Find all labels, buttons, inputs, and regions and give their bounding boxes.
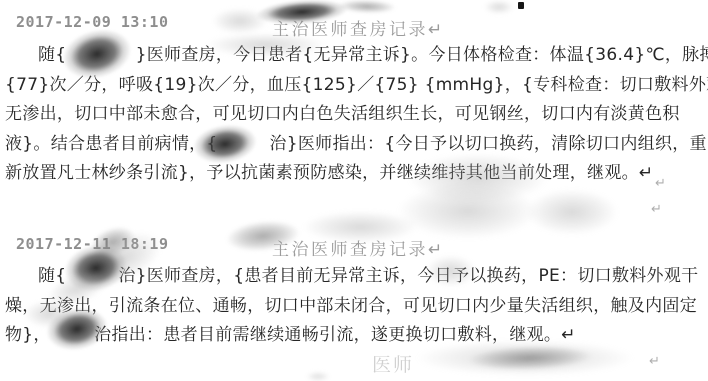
paragraph-mark-icon: ↵	[651, 203, 662, 216]
record-timestamp: 2017-12-09 13:10	[16, 13, 169, 31]
paragraph-mark-icon: ↵	[655, 177, 666, 190]
record-timestamp: 2017-12-11 18:19	[16, 235, 169, 253]
record-text-line: {77}次／分，呼吸{19}次／分，血压{125}／{75} {mmHg}，{专…	[5, 71, 705, 101]
paragraph-mark-icon: ↵	[649, 355, 660, 368]
record-title: 主治医师查房记录↵	[272, 235, 445, 260]
redaction-scribble-title1-tail	[338, 0, 396, 14]
pencil-smudge	[212, 8, 268, 34]
pencil-smudge	[398, 183, 538, 239]
record-text-line: 物}， 治指出：患者目前需继续通畅引流，遂更换切口敷料，继观。↵	[5, 321, 705, 351]
record-text-line: 燥，无渗出，引流条在位、通畅，切口中部未闭合，可见切口内少量失活组织，触及内固定	[5, 292, 705, 322]
record-text-line: 无渗出，切口中部未愈合，可见切口内白色失活组织生长，可见钢丝，切口内有淡黄色积	[5, 100, 705, 130]
record-text-line: 液}。结合患者目前病情，{ 治}医师指出：{今日予以切口换药，清除切口内组织，重	[5, 130, 705, 160]
medical-record-page: 2017-12-09 13:10 主治医师查房记录↵ 随{ }医师查房，今日患者…	[0, 0, 708, 381]
pencil-smudge	[484, 0, 514, 14]
pencil-smudge	[306, 372, 330, 381]
pencil-smudge	[526, 189, 618, 235]
record-body: 随{ }医师查房，今日患者{无异常主诉}。今日体格检查：体温{36.4}℃，脉搏…	[5, 41, 705, 189]
ink-dot	[518, 2, 524, 9]
record-text-line: 随{ }医师查房，今日患者{无异常主诉}。今日体格检查：体温{36.4}℃，脉搏	[5, 41, 705, 71]
record-text-line: 随{ 治}医师查房，{患者目前无异常主诉，今日予以换药，PE：切口敷料外观干	[5, 262, 705, 292]
record-body: 随{ 治}医师查房，{患者目前无异常主诉，今日予以换药，PE：切口敷料外观干燥，…	[5, 262, 705, 351]
record-text-line: 新放置凡士林纱条引流}，予以抗菌素预防感染，并继续维持其他当前处理，继观。↵	[5, 159, 705, 189]
faint-signature-text: 医师	[372, 350, 414, 377]
record-title: 主治医师查房记录↵	[272, 15, 445, 40]
